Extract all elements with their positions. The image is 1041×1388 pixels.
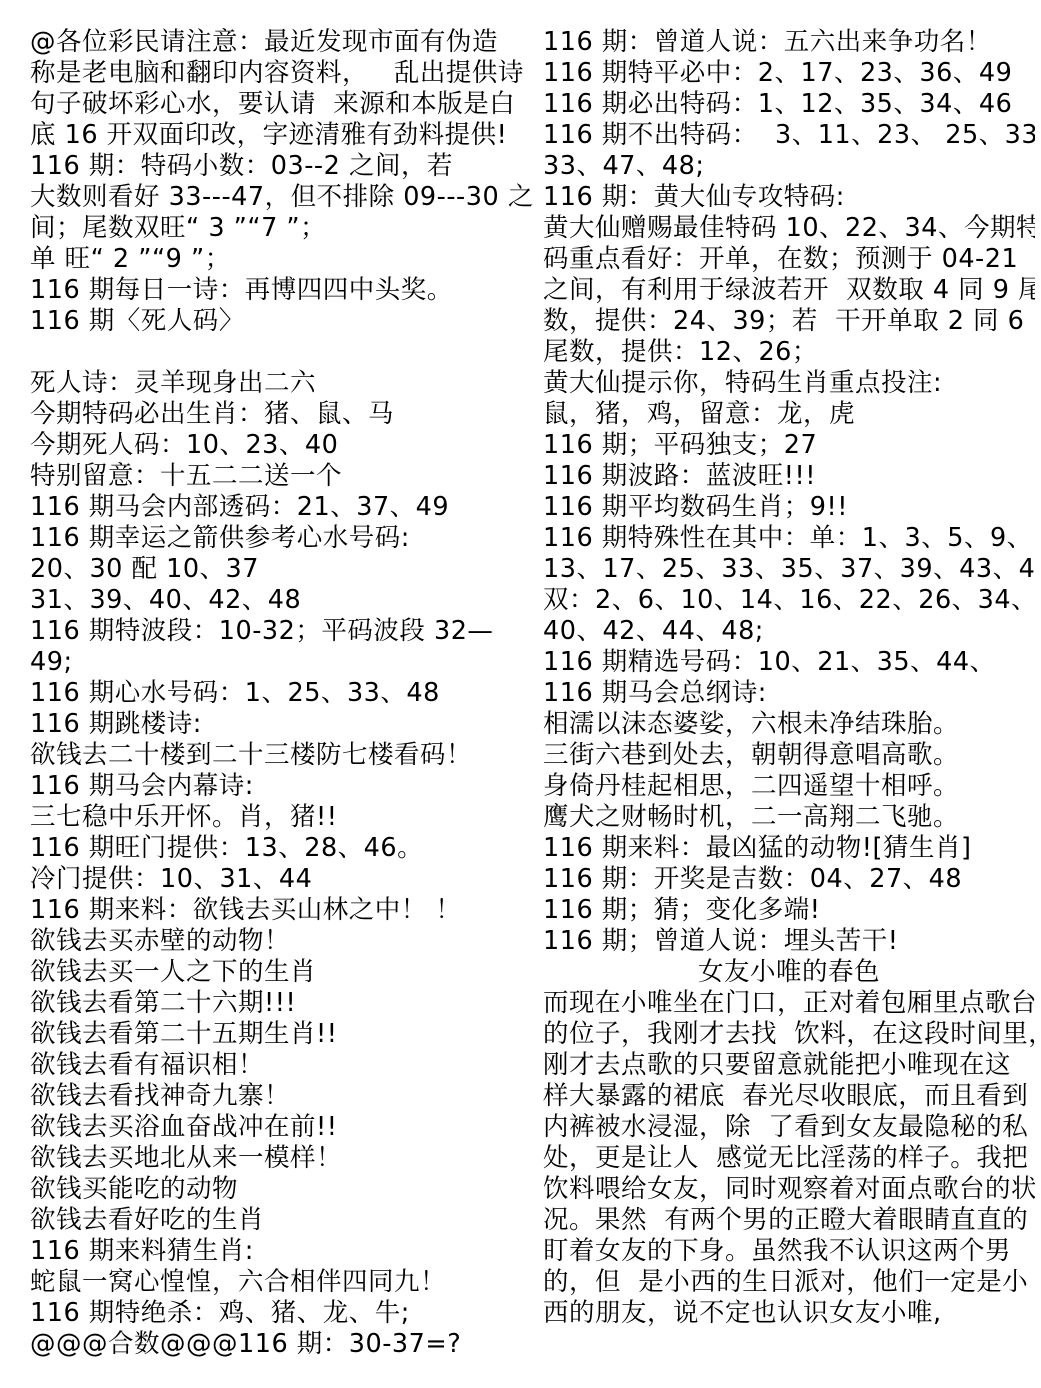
text-line: 116 期精选号码：10、21、35、44、	[543, 647, 1035, 678]
text-line: 三七稳中乐开怀。肖，猪!!	[30, 802, 535, 833]
text-line: 之间，有利用于绿波若开 双数取 4 同 9 尾	[543, 275, 1035, 306]
text-line: 三街六巷到处去，朝朝得意唱高歌。	[543, 740, 1035, 771]
text-line: 尾数，提供：12、26；	[543, 337, 1035, 368]
text-line: 116 期跳楼诗:	[30, 709, 535, 740]
text-line: 刚才去点歌的只要留意就能把小唯现在这	[543, 1050, 1035, 1081]
text-line: 今期特码必出生肖：猪、鼠、马	[30, 399, 535, 430]
text-line: 40、42、44、48;	[543, 616, 1035, 647]
text-line: 处，更是让人 感觉无比淫荡的样子。我把	[543, 1143, 1035, 1174]
text-line: 欲钱去买地北从来一模样！	[30, 1143, 535, 1174]
text-line: 双：2、6、10、14、16、22、26、34、36	[543, 585, 1035, 616]
text-line: 蛇鼠一窝心惶惶，六合相伴四同九！	[30, 1267, 535, 1298]
text-line: 饮料喂给女友，同时观察着对面点歌台的状	[543, 1174, 1035, 1205]
text-line: 盯着女友的下身。虽然我不认识这两个男	[543, 1236, 1035, 1267]
text-line: 欲钱去看第二十六期!!!	[30, 988, 535, 1019]
text-line: 116 期；平码独支；27	[543, 430, 1035, 461]
text-line: 内裤被水浸湿，除 了看到女友最隐秘的私	[543, 1112, 1035, 1143]
text-line: 116 期来料：欲钱去买山林之中！ ！	[30, 895, 535, 926]
text-line: 西的朋友，说不定也认识女友小唯,	[543, 1298, 1035, 1329]
text-line: 底 16 开双面印改，字迹清雅有劲料提供!	[30, 120, 535, 151]
text-line: 间；尾数双旺“ 3 ”“7 ”；	[30, 213, 535, 244]
text-line: 116 期每日一诗：再博四四中头奖。	[30, 275, 535, 306]
text-line: 116 期马会内幕诗:	[30, 771, 535, 802]
text-line: 49;	[30, 647, 535, 678]
text-line: 116 期来料猜生肖:	[30, 1236, 535, 1267]
text-line: 欲钱去看有福识相！	[30, 1050, 535, 1081]
text-line: 116 期特绝杀：鸡、猪、龙、牛;	[30, 1298, 535, 1329]
text-line: 116 期来料：最凶猛的动物![猜生肖]	[543, 833, 1035, 864]
text-line: 样大暴露的裙底 春光尽收眼底，而且看到	[543, 1081, 1035, 1112]
text-line: 116 期波路：蓝波旺!!!	[543, 461, 1035, 492]
text-line: 116 期心水号码：1、25、33、48	[30, 678, 535, 709]
text-line: 数，提供：24、39；若 干开单取 2 同 6	[543, 306, 1035, 337]
text-line: 鼠，猪，鸡，留意：龙，虎	[543, 399, 1035, 430]
text-line: 单 旺“ 2 ”“9 ”；	[30, 244, 535, 275]
text-line: 况。果然 有两个男的正瞪大着眼睛直直的	[543, 1205, 1035, 1236]
text-line: 大数则看好 33---47，但不排除 09---30 之	[30, 182, 535, 213]
text-line: 身倚丹桂起相思，二四遥望十相呼。	[543, 771, 1035, 802]
text-line: 欲钱去看第二十五期生肖!!	[30, 1019, 535, 1050]
text-line: 116 期：黄大仙专攻特码:	[543, 182, 1035, 213]
text-line: 黄大仙提示你，特码生肖重点投注:	[543, 368, 1035, 399]
text-line: 欲钱去看好吃的生肖	[30, 1205, 535, 1236]
left-column: @各位彩民请注意：最近发现市面有伪造称是老电脑和翻印内容资料， 乱出提供诗句子破…	[30, 27, 535, 1360]
text-line: @各位彩民请注意：最近发现市面有伪造	[30, 27, 535, 58]
right-column: 116 期：曾道人说：五六出来争功名！116 期特平必中：2、17、23、36、…	[543, 27, 1035, 1329]
text-line: 116 期特殊性在其中：单：1、3、5、9、	[543, 523, 1035, 554]
text-line: 码重点看好：开单，在数；预测于 04-21	[543, 244, 1035, 275]
text-line: 116 期；曾道人说：埋头苦干!	[543, 926, 1035, 957]
text-line: 31、39、40、42、48	[30, 585, 535, 616]
text-line: 116 期马会内部透码：21、37、49	[30, 492, 535, 523]
text-line: 欲钱去买赤壁的动物！	[30, 926, 535, 957]
text-line: 116 期幸运之箭供参考心水号码:	[30, 523, 535, 554]
text-line: 欲钱去看找神奇九寨！	[30, 1081, 535, 1112]
text-line: 116 期马会总纲诗:	[543, 678, 1035, 709]
text-line: 116 期：曾道人说：五六出来争功名！	[543, 27, 1035, 58]
text-line: 116 期旺门提供：13、28、46。	[30, 833, 535, 864]
text-line: 116 期特波段：10-32；平码波段 32—	[30, 616, 535, 647]
text-line: 黄大仙赠赐最佳特码 10、22、34、今期特	[543, 213, 1035, 244]
text-line: 116 期；猜；变化多端!	[543, 895, 1035, 926]
text-line: @@@合数@@@116 期：30-37=?	[30, 1329, 535, 1360]
lottery-tips-page: @各位彩民请注意：最近发现市面有伪造称是老电脑和翻印内容资料， 乱出提供诗句子破…	[0, 0, 1041, 1388]
text-line: 今期死人码：10、23、40	[30, 430, 535, 461]
text-line: 称是老电脑和翻印内容资料， 乱出提供诗	[30, 58, 535, 89]
text-line: 116 期平均数码生肖；9!!	[543, 492, 1035, 523]
text-line: 欲钱买能吃的动物	[30, 1174, 535, 1205]
text-line: 的，但 是小西的生日派对，他们一定是小	[543, 1267, 1035, 1298]
text-line: 116 期〈死人码〉	[30, 306, 535, 337]
text-line: 33、47、48;	[543, 151, 1035, 182]
text-line: 20、30 配 10、37	[30, 554, 535, 585]
text-line: 句子破坏彩心水，要认请 来源和本版是白	[30, 89, 535, 120]
text-line: 116 期必出特码：1、12、35、34、46	[543, 89, 1035, 120]
text-line	[30, 337, 535, 368]
text-line: 116 期：特码小数：03--2 之间，若	[30, 151, 535, 182]
text-line: 女友小唯的春色	[543, 957, 1035, 988]
text-line: 13、17、25、33、35、37、39、43、49;	[543, 554, 1035, 585]
text-line: 欲钱去买一人之下的生肖	[30, 957, 535, 988]
text-line: 的位子，我刚才去找 饮料，在这段时间里，	[543, 1019, 1035, 1050]
text-line: 116 期特平必中：2、17、23、36、49	[543, 58, 1035, 89]
text-line: 欲钱去买浴血奋战冲在前!!	[30, 1112, 535, 1143]
text-line: 特别留意：十五二二送一个	[30, 461, 535, 492]
text-line: 116 期：开奖是吉数：04、27、48	[543, 864, 1035, 895]
text-line: 相濡以沫态婆娑，六根未净结珠胎。	[543, 709, 1035, 740]
text-line: 死人诗：灵羊现身出二六	[30, 368, 535, 399]
text-line: 而现在小唯坐在门口，正对着包厢里点歌台	[543, 988, 1035, 1019]
text-line: 冷门提供：10、31、44	[30, 864, 535, 895]
text-line: 欲钱去二十楼到二十三楼防七楼看码！	[30, 740, 535, 771]
text-line: 鹰犬之财畅时机，二一高翔二飞驰。	[543, 802, 1035, 833]
text-line: 116 期不出特码： 3、11、23、 25、33、	[543, 120, 1035, 151]
